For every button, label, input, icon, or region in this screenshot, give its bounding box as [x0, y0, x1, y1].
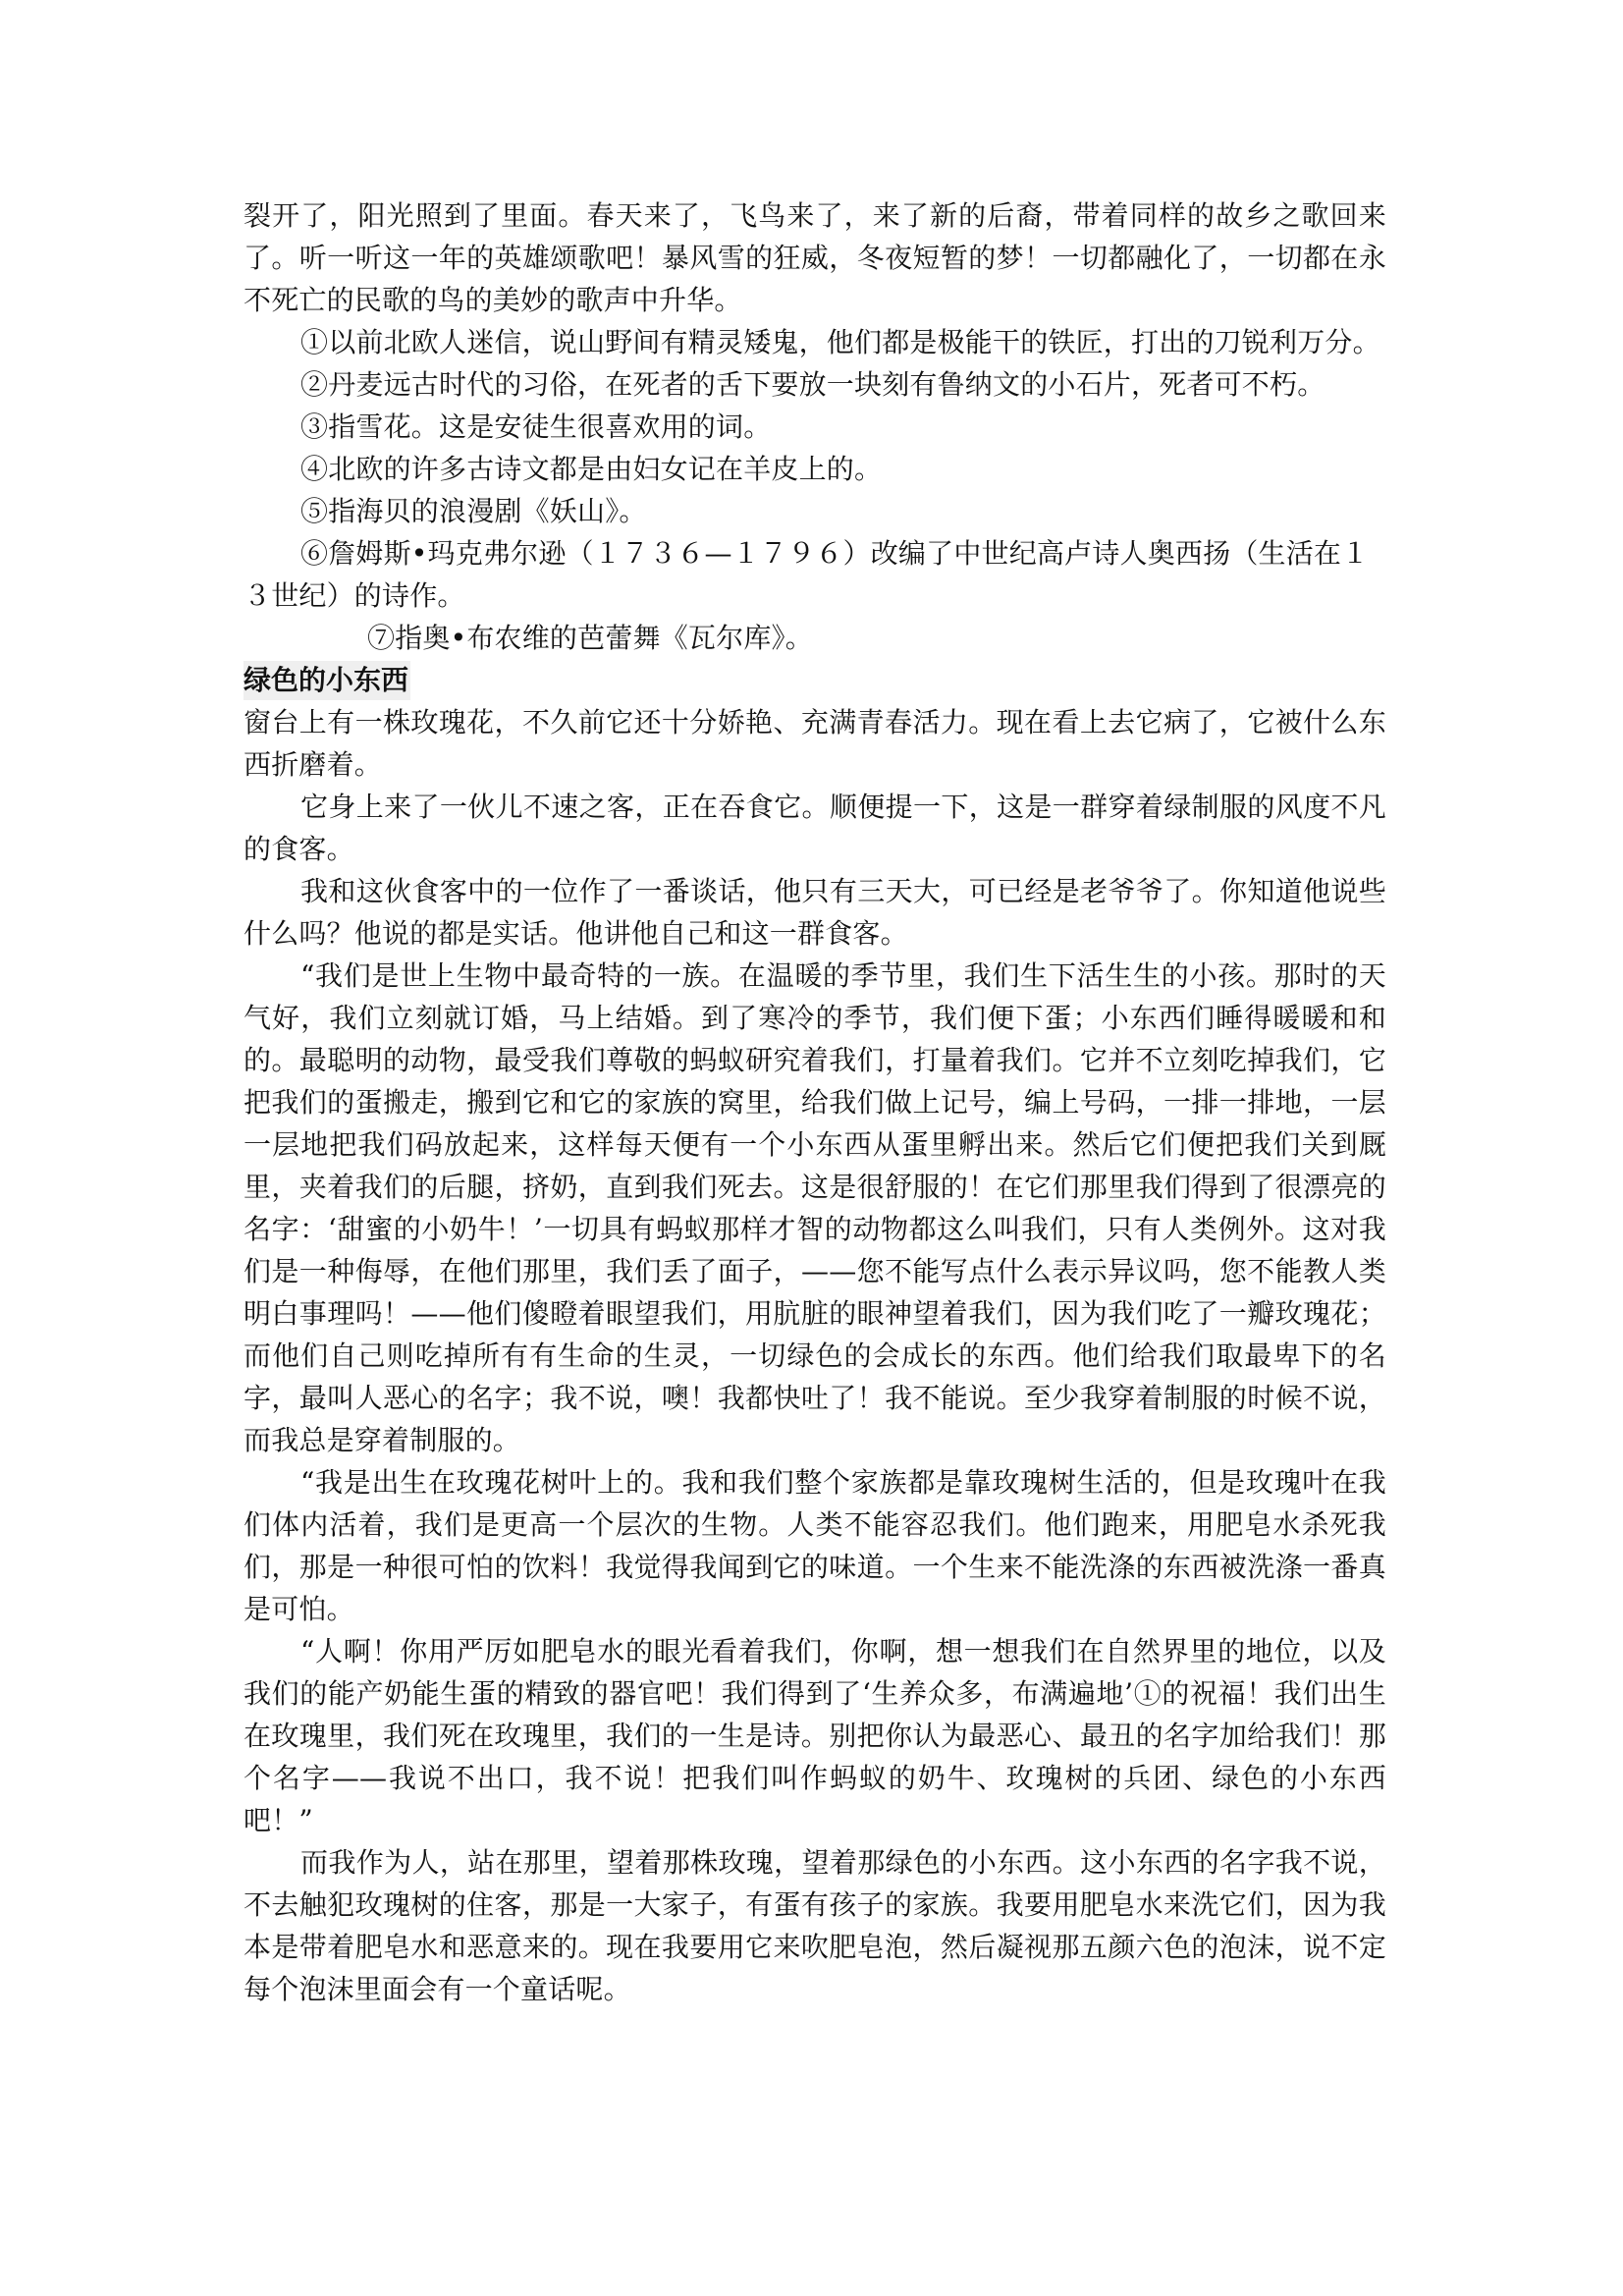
footnote-2: ②丹麦远古时代的习俗，在死者的舌下要放一块刻有鲁纳文的小石片，死者可不朽。 [243, 363, 1386, 406]
story-paragraph-6: “人啊！你用严厉如肥皂水的眼光看着我们，你啊，想一想我们在自然界里的地位，以及我… [243, 1630, 1386, 1841]
story-paragraph-3: 我和这伙食客中的一位作了一番谈话，他只有三天大，可已经是老爷爷了。你知道他说些什… [243, 870, 1386, 955]
footnotes: ①以前北欧人迷信，说山野间有精灵矮鬼，他们都是极能干的铁匠，打出的刀锐利万分。 … [243, 321, 1386, 659]
footnote-5: ⑤指海贝的浪漫剧《妖山》。 [243, 490, 1386, 532]
footnote-7: ⑦指奥•布农维的芭蕾舞《瓦尔库》。 [243, 617, 1386, 659]
story-body: 窗台上有一株玫瑰花，不久前它还十分娇艳、充满青春活力。现在看上去它病了，它被什么… [243, 701, 1386, 2010]
story-paragraph-5: “我是出生在玫瑰花树叶上的。我和我们整个家族都是靠玫瑰树生活的，但是玫瑰叶在我们… [243, 1461, 1386, 1630]
story-paragraph-1: 窗台上有一株玫瑰花，不久前它还十分娇艳、充满青春活力。现在看上去它病了，它被什么… [243, 701, 1386, 786]
footnote-6: ⑥詹姆斯•玛克弗尔逊（１７３６—１７９６）改编了中世纪高卢诗人奥西扬（生活在１３… [243, 532, 1386, 617]
footnote-3: ③指雪花。这是安徒生很喜欢用的词。 [243, 406, 1386, 448]
story-paragraph-7: 而我作为人，站在那里，望着那株玫瑰，望着那绿色的小东西。这小东西的名字我不说，不… [243, 1841, 1386, 2010]
story-paragraph-2: 它身上来了一伙儿不速之客，正在吞食它。顺便提一下，这是一群穿着绿制服的风度不凡的… [243, 786, 1386, 870]
story-paragraph-4: “我们是世上生物中最奇特的一族。在温暖的季节里，我们生下活生生的小孩。那时的天气… [243, 955, 1386, 1461]
footnote-1: ①以前北欧人迷信，说山野间有精灵矮鬼，他们都是极能干的铁匠，打出的刀锐利万分。 [243, 321, 1386, 363]
continuation-paragraph: 裂开了，阳光照到了里面。春天来了，飞鸟来了，来了新的后裔，带着同样的故乡之歌回来… [243, 194, 1386, 321]
story-title: 绿色的小东西 [243, 661, 410, 700]
footnote-4: ④北欧的许多古诗文都是由妇女记在羊皮上的。 [243, 448, 1386, 490]
document-page: 裂开了，阳光照到了里面。春天来了，飞鸟来了，来了新的后裔，带着同样的故乡之歌回来… [243, 194, 1386, 2010]
